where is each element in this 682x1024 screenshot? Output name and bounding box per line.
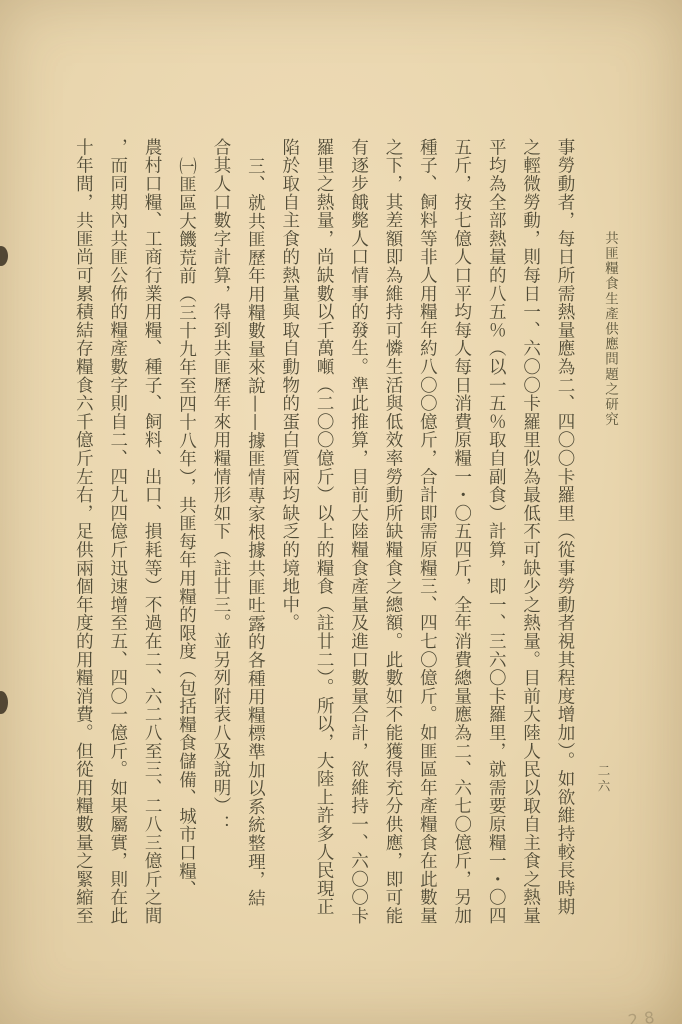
text-column: 農村口糧、工商行業用糧、種子、飼料、出口、損耗等）不過在二、六二八至三、二八三億… xyxy=(135,138,169,950)
page-number: 二六 xyxy=(594,764,612,795)
document-page: 共匪糧食生產供應問題之研究 二六 事勞動者，每日所需熱量應為二、四〇〇卡羅里（從… xyxy=(0,0,682,1024)
text-column: 羅里之熱量，尚缺數以千萬噸（二〇〇億斤）以上的糧食（註廿二）。所以，大陸上許多人… xyxy=(307,138,341,950)
text-column: 之輕微勞動，則每日一、六〇〇卡羅里似為最低不可缺少之熱量。目前大陸人民以取自主食… xyxy=(513,138,547,950)
text-column: 五斤，按七億人口平均每人每日消費原糧一・〇五四斤，全年消費總量應為二、六七〇億斤… xyxy=(444,138,478,950)
binding-mark xyxy=(0,246,8,266)
text-column-paragraph-start: ㈠匪區大饑荒前（三十九年至四十八年），共匪每年用糧的限度（包括糧食儲備、城市口糧… xyxy=(169,138,203,950)
running-head-title: 共匪糧食生產供應問題之研究 xyxy=(600,231,620,427)
body-text: 事勞動者，每日所需熱量應為二、四〇〇卡羅里（從事勞動者視其程度增加）。如欲維持較… xyxy=(66,138,582,950)
text-column: 平均為全部熱量的八五％（以一五％取自副食）計算，即一、三六〇卡羅里，就需要原糧一… xyxy=(479,138,513,950)
text-column: 之下，其差額即為維持可憐生活與低效率勞動所缺糧食之總額。此數如不能獲得充分供應，… xyxy=(376,138,410,950)
pencil-mark: 28 xyxy=(626,1007,661,1024)
text-column: 合其人口數字計算，得到共匪歷年來用糧情形如下（註廿三。並另列附表八及說明）： xyxy=(204,138,238,950)
text-column: 有逐步餓斃人口情事的發生。準此推算，目前大陸糧食產量及進口數量合計，欲維持一、六… xyxy=(341,138,375,950)
binding-mark xyxy=(0,691,8,714)
text-column: 事勞動者，每日所需熱量應為二、四〇〇卡羅里（從事勞動者視其程度增加）。如欲維持較… xyxy=(548,138,582,950)
text-column: 十年間，共匪尚可累積結存糧食六千億斤左右，足供兩個年度的用糧消費。但從用糧數量之… xyxy=(66,138,100,950)
text-column: 種子、飼料等非人用糧年約八〇〇億斤，合計即需原糧三、四七〇億斤。如匪區年產糧食在… xyxy=(410,138,444,950)
text-column: 陷於取自主食的熱量與取自動物的蛋白質兩均缺乏的境地中。 xyxy=(272,138,306,950)
text-column: ，而同期內共匪公佈的糧產數字則自二、四九四億斤迅速增至五、四〇一億斤。如果屬實，… xyxy=(100,138,134,950)
text-column-paragraph-start: 三、就共匪歷年用糧數量來說——據匪情專家根據共匪吐露的各種用糧標準加以系統整理，… xyxy=(238,138,272,950)
